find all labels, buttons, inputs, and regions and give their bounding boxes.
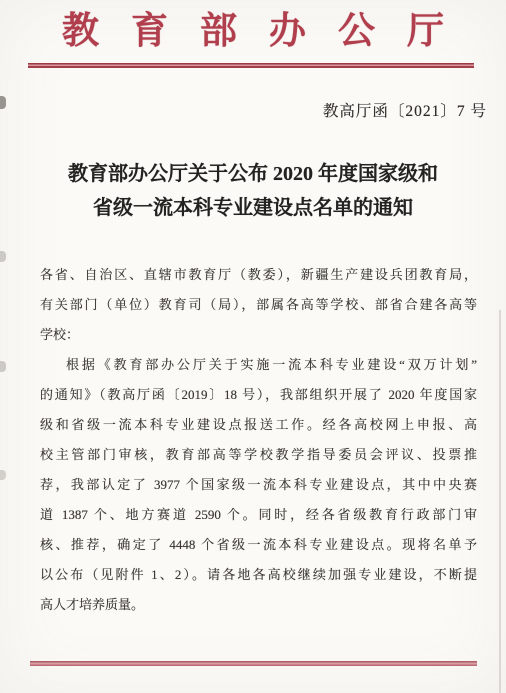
scan-smudge-artifact xyxy=(0,251,6,262)
document-page: 教育部办公厅 教高厅函〔2021〕7 号 教育部办公厅关于公布 2020 年度国… xyxy=(0,0,506,693)
letterhead-title: 教育部办公厅 xyxy=(0,6,506,58)
salutation-lines: 各省、自治区、直辖市教育厅（教委），新疆生产建设兵团教育局， 有关部门（单位）教… xyxy=(40,260,477,320)
letterhead-rule xyxy=(28,63,474,68)
paragraph-lines: 根据《教育部办公厅关于实施一流本科专业建设“双万计划” 的通知》（教高厅函〔20… xyxy=(40,350,477,590)
salutation-last-line: 学校： xyxy=(40,320,477,350)
scan-smudge-artifact xyxy=(0,470,6,480)
scan-smudge-artifact xyxy=(0,96,6,109)
footer-rule xyxy=(30,661,477,666)
document-title: 教育部办公厅关于公布 2020 年度国家级和 省级一流本科专业建设点名单的通知 xyxy=(0,157,506,225)
scan-smudge-artifact xyxy=(0,361,6,372)
doc-number: 教高厅函〔2021〕7 号 xyxy=(323,99,487,121)
paragraph-last-line: 高人才培养质量。 xyxy=(40,590,477,620)
scan-edge-artifact xyxy=(499,310,501,693)
document-body: 各省、自治区、直辖市教育厅（教委），新疆生产建设兵团教育局， 有关部门（单位）教… xyxy=(40,260,477,620)
